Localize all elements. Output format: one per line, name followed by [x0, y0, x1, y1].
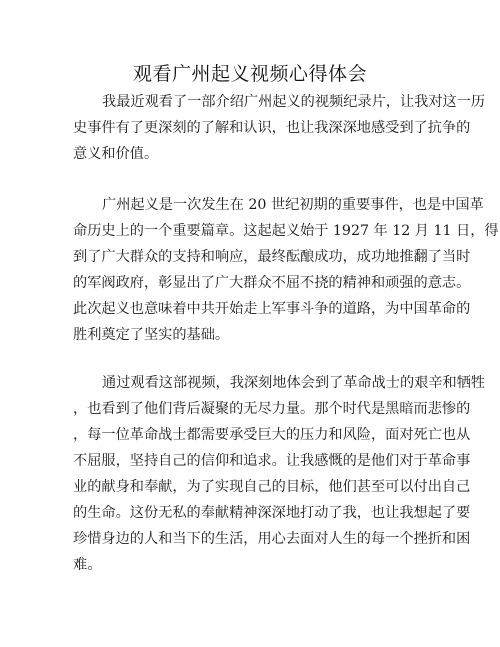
paragraph-line: 通过观看这部视频，我深刻地体会到了革命战士的艰辛和牺牲: [73, 370, 423, 396]
paragraph-line: 胜利奠定了坚实的基础。: [73, 322, 423, 348]
paragraph-line: 不屈服，坚持自己的信仰和追求。让我感慨的是他们对于革命事: [73, 448, 423, 474]
paragraph-line: 的军阀政府，彰显出了广大群众不屈不挠的精神和顽强的意志。: [73, 270, 423, 296]
paragraph-line: 我最近观看了一部介绍广州起义的视频纪录片，让我对这一历: [73, 89, 423, 115]
paragraph-line: 意义和价值。: [73, 141, 423, 167]
paragraph-line: 此次起义也意味着中共开始走上军事斗争的道路，为中国革命的: [73, 296, 423, 322]
paragraph-line: 命历史上的一个重要篇章。这起起义始于 1927 年 12 月 11 日，得: [73, 218, 423, 244]
paragraph-line: 广州起义是一次发生在 20 世纪初期的重要事件，也是中国革: [73, 192, 423, 218]
document-title: 观看广州起义视频心得体会: [0, 61, 500, 87]
paragraph-line: 的生命。这份无私的奉献精神深深地打动了我，也让我想起了要: [73, 500, 423, 526]
paragraph-line: 珍惜身边的人和当下的生活，用心去面对人生的每一个挫折和困: [73, 526, 423, 552]
paragraph-intro: 我最近观看了一部介绍广州起义的视频纪录片，让我对这一历 史事件有了更深刻的了解和…: [73, 89, 423, 167]
paragraph-history: 广州起义是一次发生在 20 世纪初期的重要事件，也是中国革 命历史上的一个重要篇…: [73, 192, 423, 348]
paragraph-line: 史事件有了更深刻的了解和认识，也让我深深地感受到了抗争的: [73, 115, 423, 141]
paragraph-line: ，也看到了他们背后凝聚的无尽力量。那个时代是黑暗而悲惨的: [73, 396, 423, 422]
paragraph-line: 难。: [73, 552, 423, 578]
paragraph-line: 到了广大群众的支持和响应，最终酝酿成功，成功地推翻了当时: [73, 244, 423, 270]
paragraph-reflection: 通过观看这部视频，我深刻地体会到了革命战士的艰辛和牺牲 ，也看到了他们背后凝聚的…: [73, 370, 423, 578]
document-page: 观看广州起义视频心得体会 我最近观看了一部介绍广州起义的视频纪录片，让我对这一历…: [0, 0, 500, 647]
paragraph-line: 业的献身和奉献，为了实现自己的目标，他们甚至可以付出自己: [73, 474, 423, 500]
paragraph-line: ，每一位革命战士都需要承受巨大的压力和风险，面对死亡也从: [73, 422, 423, 448]
